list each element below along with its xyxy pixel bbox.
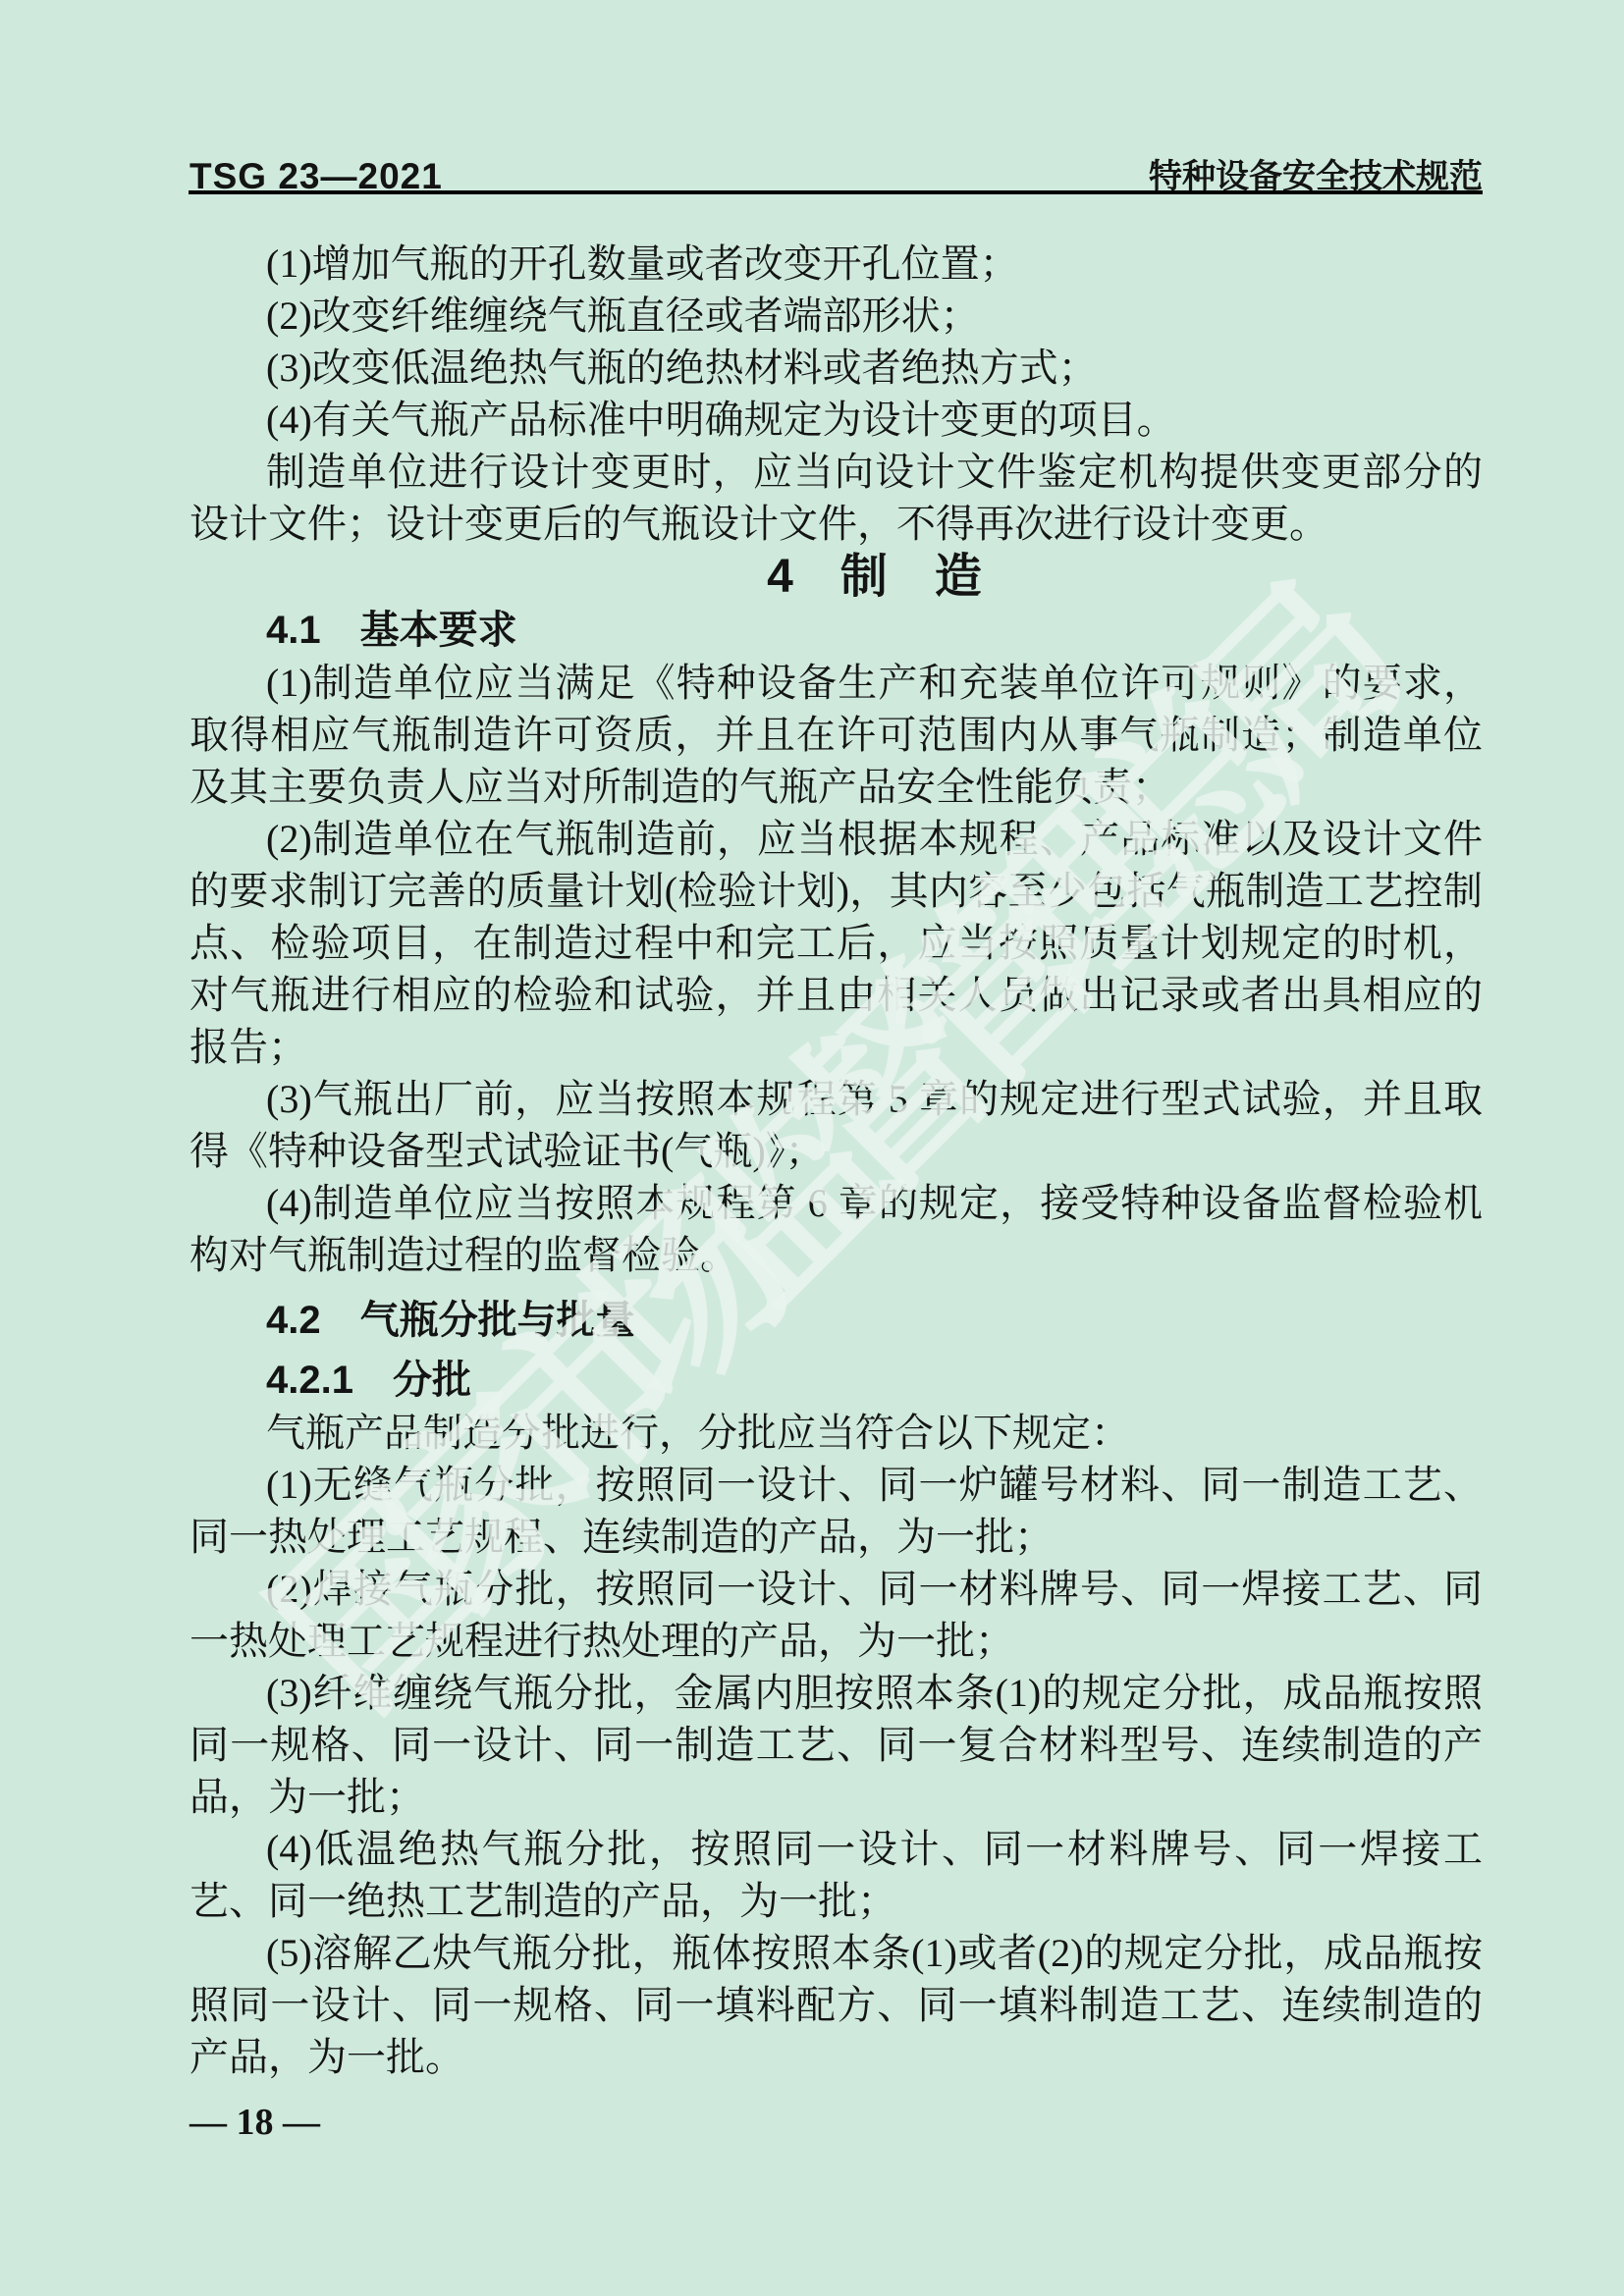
design-change-item: (1)增加气瓶的开孔数量或者改变开孔位置； [189, 238, 1483, 290]
section-4-2-intro: 气瓶产品制造分批进行，分批应当符合以下规定： [189, 1407, 1483, 1459]
section-4-1-item: (2)制造单位在气瓶制造前，应当根据本规程、产品标准以及设计文件的要求制订完善的… [189, 813, 1483, 1073]
section-4-2-item: (3)纤维缠绕气瓶分批，金属内胆按照本条(1)的规定分批，成品瓶按照同一规格、同… [189, 1667, 1483, 1823]
document-body: (1)增加气瓶的开孔数量或者改变开孔位置； (2)改变纤维缠绕气瓶直径或者端部形… [189, 238, 1483, 2083]
design-change-item: (2)改变纤维缠绕气瓶直径或者端部形状； [189, 290, 1483, 342]
section-4-2-item: (1)无缝气瓶分批，按照同一设计、同一炉罐号材料、同一制造工艺、同一热处理工艺规… [189, 1459, 1483, 1563]
section-4-1-item: (4)制造单位应当按照本规程第 6 章的规定，接受特种设备监督检验机构对气瓶制造… [189, 1177, 1483, 1281]
section-4-1-item: (3)气瓶出厂前，应当按照本规程第 5 章的规定进行型式试验，并且取得《特种设备… [189, 1073, 1483, 1177]
design-change-note: 制造单位进行设计变更时，应当向设计文件鉴定机构提供变更部分的设计文件；设计变更后… [189, 446, 1483, 550]
section-4-2-item: (5)溶解乙炔气瓶分批，瓶体按照本条(1)或者(2)的规定分批，成品瓶按照同一设… [189, 1927, 1483, 2083]
page-number: — 18 — [189, 2101, 320, 2144]
section-heading-4-2: 4.2 气瓶分批与批量 [189, 1295, 1483, 1347]
document-page: TSG 23—2021 特种设备安全技术规范 (1)增加气瓶的开孔数量或者改变开… [0, 0, 1624, 2296]
header-divider [189, 190, 1483, 194]
section-4-1-item: (1)制造单位应当满足《特种设备生产和充装单位许可规则》的要求，取得相应气瓶制造… [189, 657, 1483, 813]
section-heading-4-2-1: 4.2.1 分批 [189, 1355, 1483, 1407]
section-4-2-item: (4)低温绝热气瓶分批，按照同一设计、同一材料牌号、同一焊接工艺、同一绝热工艺制… [189, 1823, 1483, 1927]
chapter-heading: 4 制 造 [189, 550, 1483, 605]
design-change-item: (4)有关气瓶产品标准中明确规定为设计变更的项目。 [189, 394, 1483, 446]
design-change-item: (3)改变低温绝热气瓶的绝热材料或者绝热方式； [189, 342, 1483, 394]
section-4-2-item: (2)焊接气瓶分批，按照同一设计、同一材料牌号、同一焊接工艺、同一热处理工艺规程… [189, 1563, 1483, 1667]
section-heading-4-1: 4.1 基本要求 [189, 605, 1483, 657]
